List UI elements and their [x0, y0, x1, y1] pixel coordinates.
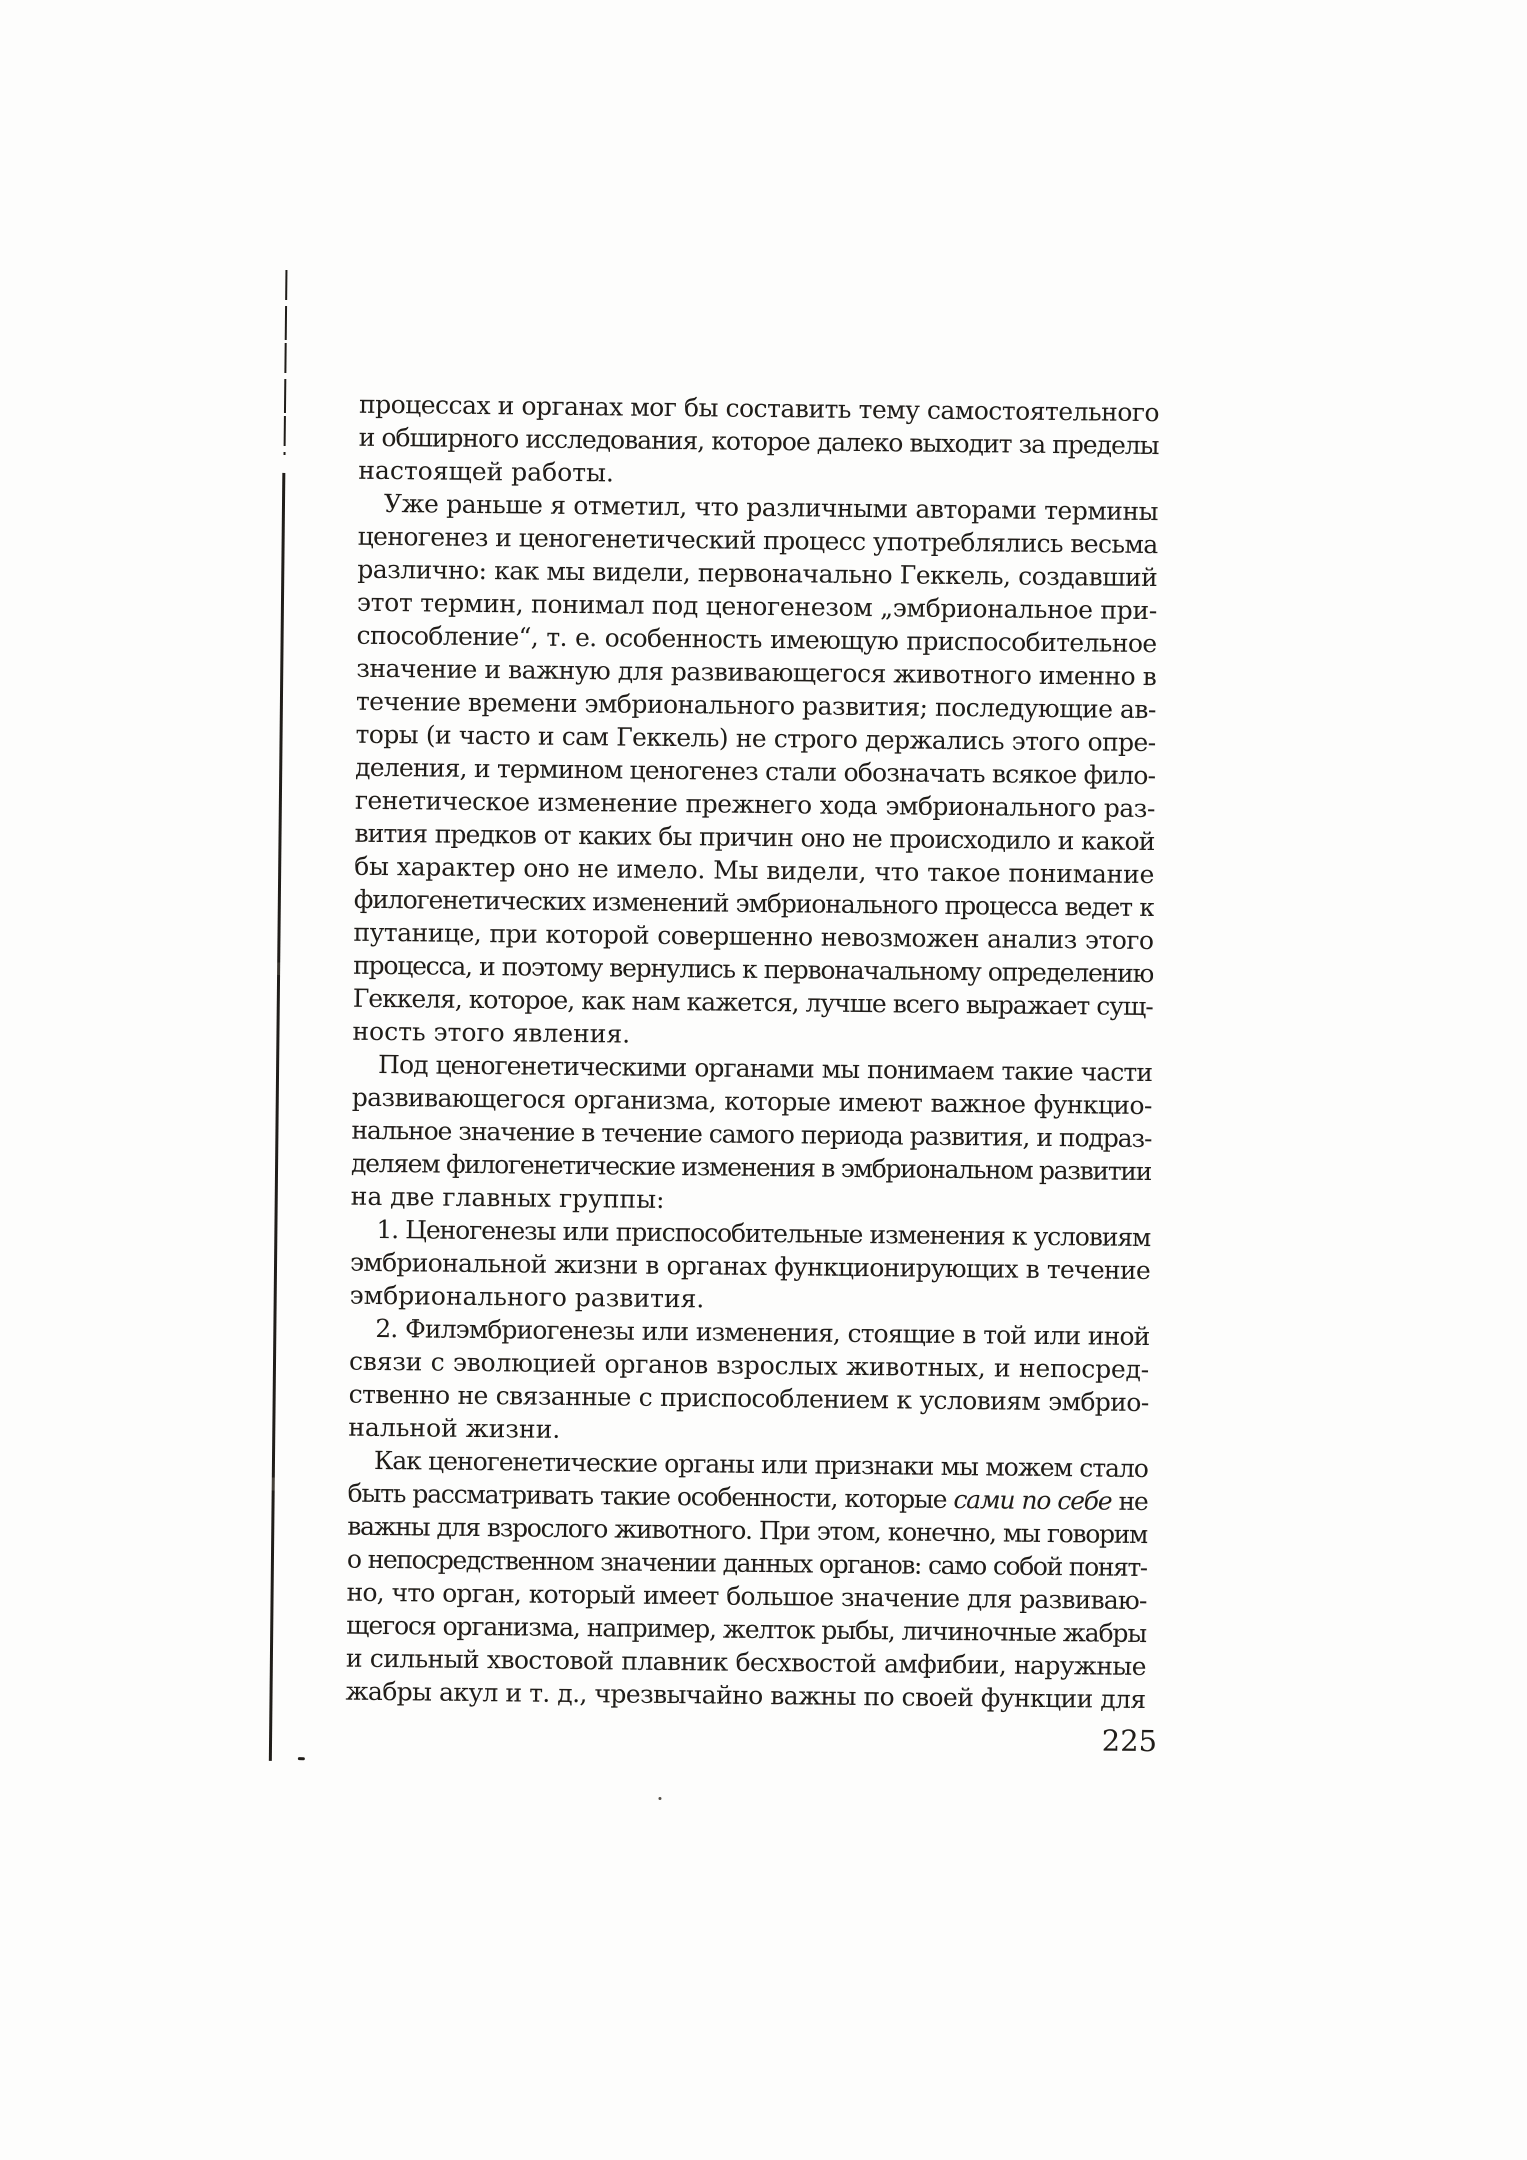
- text-segment: быть рассматривать такие особенности, ко…: [347, 1479, 953, 1514]
- page-number: 225: [345, 1716, 1157, 1759]
- scan-speck: [298, 1757, 305, 1760]
- body-text: процессах и органах мог бы составить тем…: [345, 388, 1159, 1716]
- scanned-page: процессах и органах мог бы составить тем…: [0, 0, 1527, 2160]
- emphasis-text: сами по себе: [953, 1485, 1111, 1516]
- scan-speck: [658, 1797, 661, 1800]
- gutter-line-top: [284, 270, 288, 455]
- text-segment: не: [1111, 1487, 1147, 1516]
- gutter-line-bottom: [269, 473, 285, 1761]
- text-line: жабры акул и т. д., чрезвычайно важны по…: [345, 1675, 1145, 1716]
